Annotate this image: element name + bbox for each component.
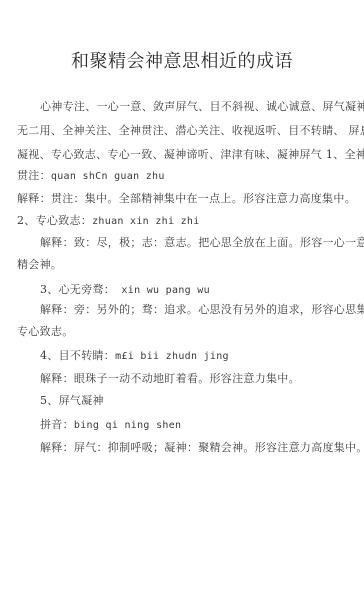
- entry-5-pinyin-label: 拼音：: [40, 418, 74, 431]
- entry-2-heading: 2、专心致志：zhuan xin zhi zhi: [17, 214, 200, 229]
- entry-2-pinyin: zhuan xin zhi zhi: [92, 216, 199, 227]
- page-title: 和聚精会神意思相近的成语: [0, 50, 364, 74]
- intro-line-3: 凝视、专心致志、专心一致、凝神谛听、津津有味、凝神屏气 1、全神: [17, 148, 364, 162]
- entry-1-pinyin: quan shCn guan zhu: [51, 171, 165, 182]
- entry-4-heading: 4、目不转睛：m£i bii zhudn jing: [40, 349, 229, 364]
- intro-line-2: 无二用、全神关注、全神贯注、潜心关注、收视返听、目不转睛、 屏息: [17, 124, 364, 138]
- entry-3-explanation-line-1: 解释：旁：另外的；骛：追求。心思没有另外的追求，形容心思集中，: [40, 303, 364, 317]
- entry-2-term: 2、专心致志：: [17, 214, 92, 227]
- entry-4-explanation: 解释：眼珠子一动不动地盯着看。形容注意力集中。: [40, 372, 300, 386]
- entry-5-pinyin: bing qi ning shen: [74, 420, 181, 431]
- entry-4-term: 4、目不转睛：: [40, 349, 115, 362]
- entry-2-explanation-line-2: 精会神。: [17, 258, 62, 272]
- entry-1-heading: 贯注：quan shCn guan zhu: [17, 169, 165, 184]
- entry-3-explanation-line-2: 专心致志。: [17, 325, 74, 339]
- entry-1-term: 贯注：: [17, 169, 51, 182]
- entry-5-pinyin-line: 拼音：bing qi ning shen: [40, 418, 181, 433]
- entry-4-pinyin: m£i bii zhudn jing: [115, 351, 229, 362]
- intro-line-1: 心神专注、一心一意、敛声屏气、目不斜视、诚心诚意、屏气凝神、 心: [40, 100, 364, 114]
- entry-3-pinyin: xin wu pang wu: [115, 285, 210, 296]
- entry-3-heading: 3、心无旁骛： xin wu pang wu: [40, 283, 210, 298]
- entry-3-term: 3、心无旁骛：: [40, 283, 115, 296]
- entry-1-explanation: 解释：贯注：集中。全部精神集中在一点上。形容注意力高度集中。: [17, 192, 356, 206]
- entry-2-explanation-line-1: 解释：致：尽，极；志：意志。把心思全放在上面。形容一心一意，聚: [40, 236, 364, 250]
- entry-5-explanation: 解释：屏气：抑制呼吸；凝神：聚精会神。形容注意力高度集中。: [40, 441, 364, 455]
- entry-5-heading: 5、屏气凝神: [40, 394, 104, 408]
